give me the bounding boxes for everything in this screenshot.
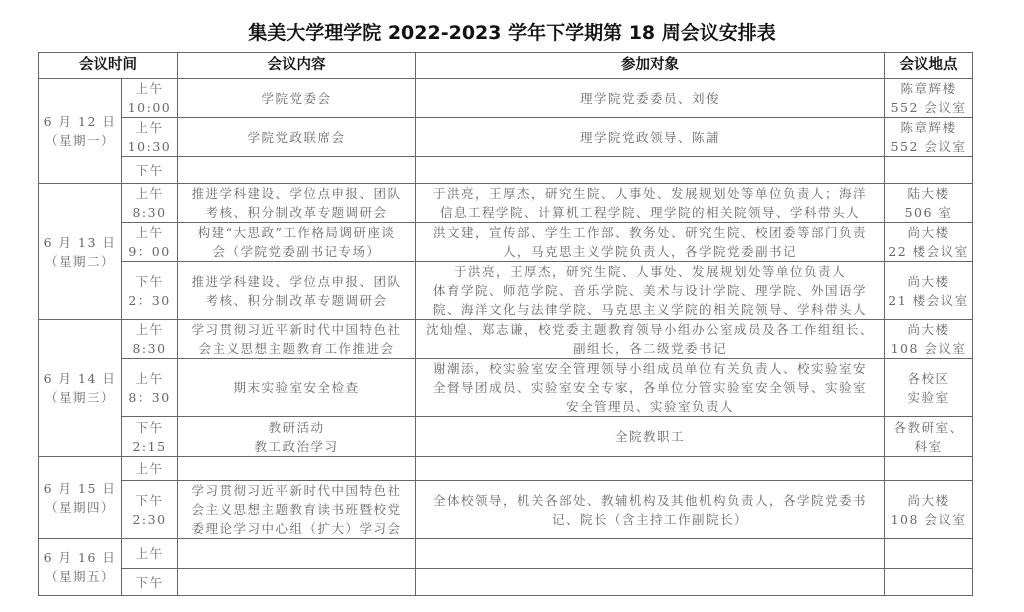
location-line: 22 楼会议室 [888, 242, 969, 261]
period-label: 上午 [125, 184, 174, 203]
schedule-row: 上午9：00构建“大思政”工作格局调研座谈会（学院党委副书记专场）洪文建，宣传部… [39, 223, 973, 262]
time-cell: 上午8：30 [122, 359, 178, 417]
period-label: 上午 [125, 79, 174, 98]
content-cell: 学习贯彻习近平新时代中国特色社会主义思想主题教育工作推进会 [178, 320, 416, 359]
time-label: 2：30 [125, 291, 174, 310]
content-cell [178, 457, 416, 481]
time-label: 9：00 [125, 242, 174, 261]
content-line: 考核、积分制改革专题调研会 [181, 291, 412, 310]
time-cell: 下午 [122, 157, 178, 184]
schedule-row: 下午2:15教研活动教工政治学习全院教职工各教研室、科室 [39, 417, 973, 457]
content-cell: 学院党委会 [178, 79, 416, 118]
weekday-label: （星期五） [42, 567, 118, 586]
attendees-cell: 沈灿煌、郑志谦，校党委主题教育领导小组办公室成员及各工作组组长、副组长，各二级党… [416, 320, 885, 359]
location-cell: 尚大楼108 会议室 [885, 481, 973, 539]
location-line: 科室 [888, 437, 969, 456]
time-cell: 上午8:30 [122, 320, 178, 359]
period-label: 上午 [125, 118, 174, 137]
content-line: 会主义思想主题教育工作推进会 [181, 339, 412, 358]
weekday-label: （星期三） [42, 388, 118, 407]
schedule-row: 6 月 14 日（星期三）上午8:30学习贯彻习近平新时代中国特色社会主义思想主… [39, 320, 973, 359]
attendees-line: 全体校领导，机关各部处、教辅机构及其他机构负责人，各学院党委书 [419, 491, 881, 510]
location-cell: 各校区实验室 [885, 359, 973, 417]
attendees-line: 人，马克思主义学院负责人，各学院党委副书记 [419, 242, 881, 261]
attendees-cell [416, 157, 885, 184]
attendees-line: 全督导团成员、实验室安全专家，各单位分管实验室安全领导、实验室 [419, 378, 881, 397]
time-cell: 上午10:00 [122, 79, 178, 118]
content-line: 考核、积分制改革专题调研会 [181, 203, 412, 222]
location-cell: 尚大楼108 会议室 [885, 320, 973, 359]
period-label: 上午 [125, 320, 174, 339]
location-cell [885, 157, 973, 184]
content-line: 推进学科建设、学位点申报、团队 [181, 272, 412, 291]
schedule-row: 6 月 15 日（星期四）上午 [39, 457, 973, 481]
content-line: 构建“大思政”工作格局调研座谈 [181, 223, 412, 242]
location-line: 尚大楼 [888, 223, 969, 242]
time-cell: 下午 [122, 569, 178, 596]
header-attendees: 参加对象 [416, 53, 885, 79]
attendees-cell: 于洪亮，王厚杰，研究生院、人事处、发展规划处等单位负责人；海洋信息工程学院、计算… [416, 184, 885, 223]
location-line: 尚大楼 [888, 491, 969, 510]
date-label: 6 月 15 日 [42, 479, 118, 498]
time-cell: 上午 [122, 457, 178, 481]
time-label: 8:30 [125, 203, 174, 222]
content-line: 学院党委会 [181, 89, 412, 108]
date-label: 6 月 14 日 [42, 369, 118, 388]
schedule-row: 6 月 16 日（星期五）上午 [39, 539, 973, 569]
time-cell: 上午10:30 [122, 118, 178, 157]
period-label: 上午 [125, 223, 174, 242]
date-cell: 6 月 14 日（星期三） [39, 320, 122, 457]
period-label: 上午 [125, 544, 174, 563]
time-cell: 上午9：00 [122, 223, 178, 262]
attendees-line: 全院教职工 [419, 427, 881, 446]
location-line: 各校区 [888, 369, 969, 388]
content-cell [178, 157, 416, 184]
location-line: 506 室 [888, 203, 969, 222]
attendees-line: 记、院长（含主持工作副院长） [419, 510, 881, 529]
attendees-line: 于洪亮，王厚杰，研究生院、人事处、发展规划处等单位负责人 [419, 262, 881, 281]
location-cell [885, 457, 973, 481]
page-title: 集美大学理学院 2022-2023 学年下学期第 18 周会议安排表 [0, 18, 1024, 45]
time-cell: 上午 [122, 539, 178, 569]
schedule-row: 下午 [39, 157, 973, 184]
attendees-cell: 全院教职工 [416, 417, 885, 457]
content-cell: 学院党政联席会 [178, 118, 416, 157]
period-label: 下午 [125, 272, 174, 291]
attendees-line: 洪文建，宣传部、学生工作部、教务处、研究生院、校团委等部门负责 [419, 223, 881, 242]
time-label: 2:30 [125, 510, 174, 529]
schedule-row: 下午2：30推进学科建设、学位点申报、团队考核、积分制改革专题调研会于洪亮，王厚… [39, 262, 973, 320]
header-time: 会议时间 [39, 53, 178, 79]
attendees-line: 安全管理员、实验室负责人 [419, 397, 881, 416]
location-line: 552 会议室 [888, 137, 969, 156]
content-cell: 构建“大思政”工作格局调研座谈会（学院党委副书记专场） [178, 223, 416, 262]
attendees-cell: 全体校领导，机关各部处、教辅机构及其他机构负责人，各学院党委书记、院长（含主持工… [416, 481, 885, 539]
location-line: 陈章辉楼 [888, 79, 969, 98]
attendees-cell [416, 457, 885, 481]
date-label: 6 月 16 日 [42, 548, 118, 567]
location-line: 各教研室、 [888, 418, 969, 437]
time-label: 10:00 [125, 98, 174, 117]
content-cell: 教研活动教工政治学习 [178, 417, 416, 457]
period-label: 上午 [125, 459, 174, 478]
header-row: 会议时间 会议内容 参加对象 会议地点 [39, 53, 973, 79]
schedule-row: 6 月 12 日（星期一）上午10:00学院党委会理学院党委委员、刘俊陈章辉楼5… [39, 79, 973, 118]
attendees-cell: 理学院党委委员、刘俊 [416, 79, 885, 118]
location-cell: 陈章辉楼552 会议室 [885, 118, 973, 157]
period-label: 下午 [125, 491, 174, 510]
location-cell: 陈章辉楼552 会议室 [885, 79, 973, 118]
time-cell: 上午8:30 [122, 184, 178, 223]
period-label: 上午 [125, 369, 174, 388]
weekday-label: （星期四） [42, 498, 118, 517]
time-cell: 下午2：30 [122, 262, 178, 320]
location-cell [885, 569, 973, 596]
content-line: 学院党政联席会 [181, 128, 412, 147]
time-label: 8：30 [125, 388, 174, 407]
attendees-cell: 洪文建，宣传部、学生工作部、教务处、研究生院、校团委等部门负责人，马克思主义学院… [416, 223, 885, 262]
date-cell: 6 月 12 日（星期一） [39, 79, 122, 184]
attendees-line: 沈灿煌、郑志谦，校党委主题教育领导小组办公室成员及各工作组组长、 [419, 320, 881, 339]
location-line: 陈章辉楼 [888, 118, 969, 137]
location-cell: 陆大楼506 室 [885, 184, 973, 223]
period-label: 下午 [125, 573, 174, 592]
location-cell: 尚大楼21 楼会议室 [885, 262, 973, 320]
attendees-cell: 于洪亮，王厚杰，研究生院、人事处、发展规划处等单位负责人体育学院、师范学院、音乐… [416, 262, 885, 320]
header-content: 会议内容 [178, 53, 416, 79]
time-label: 8:30 [125, 339, 174, 358]
content-line: 教研活动 [181, 418, 412, 437]
attendees-line: 谢潮添，校实验室安全管理领导小组成员单位有关负责人、校实验室安 [419, 359, 881, 378]
period-label: 下午 [125, 161, 174, 180]
attendees-cell [416, 569, 885, 596]
schedule-row: 上午10:30学院党政联席会理学院党政领导、陈誧陈章辉楼552 会议室 [39, 118, 973, 157]
location-line: 108 会议室 [888, 339, 969, 358]
location-line: 陆大楼 [888, 184, 969, 203]
location-line: 552 会议室 [888, 98, 969, 117]
attendees-line: 副组长，各二级党委书记 [419, 339, 881, 358]
content-line: 教工政治学习 [181, 437, 412, 456]
location-cell [885, 539, 973, 569]
location-line: 108 会议室 [888, 510, 969, 529]
content-cell: 学习贯彻习近平新时代中国特色社会主义思想主题教育读书班暨校党委理论学习中心组（扩… [178, 481, 416, 539]
date-cell: 6 月 13 日（星期二） [39, 184, 122, 320]
attendees-line: 理学院党委委员、刘俊 [419, 89, 881, 108]
date-label: 6 月 13 日 [42, 233, 118, 252]
location-line: 21 楼会议室 [888, 291, 969, 310]
content-cell: 推进学科建设、学位点申报、团队考核、积分制改革专题调研会 [178, 184, 416, 223]
content-cell: 推进学科建设、学位点申报、团队考核、积分制改革专题调研会 [178, 262, 416, 320]
content-line: 期末实验室安全检查 [181, 378, 412, 397]
content-line: 学习贯彻习近平新时代中国特色社 [181, 320, 412, 339]
attendees-cell: 谢潮添，校实验室安全管理领导小组成员单位有关负责人、校实验室安全督导团成员、实验… [416, 359, 885, 417]
meeting-schedule-table: 会议时间 会议内容 参加对象 会议地点 6 月 12 日（星期一）上午10:00… [38, 52, 973, 596]
schedule-row: 6 月 13 日（星期二）上午8:30推进学科建设、学位点申报、团队考核、积分制… [39, 184, 973, 223]
content-cell [178, 539, 416, 569]
period-label: 下午 [125, 418, 174, 437]
schedule-row: 下午 [39, 569, 973, 596]
time-label: 10:30 [125, 137, 174, 156]
weekday-label: （星期一） [42, 131, 118, 150]
attendees-line: 院、海洋文化与法律学院、马克思主义学院的相关院领导、学科带头人 [419, 300, 881, 319]
content-line: 委理论学习中心组（扩大）学习会 [181, 519, 412, 538]
schedule-row: 下午2:30学习贯彻习近平新时代中国特色社会主义思想主题教育读书班暨校党委理论学… [39, 481, 973, 539]
attendees-cell [416, 539, 885, 569]
attendees-line: 信息工程学院、计算机工程学院、理学院的相关院领导、学科带头人 [419, 203, 881, 222]
header-location: 会议地点 [885, 53, 973, 79]
location-line: 尚大楼 [888, 320, 969, 339]
content-cell [178, 569, 416, 596]
time-cell: 下午2:15 [122, 417, 178, 457]
date-label: 6 月 12 日 [42, 112, 118, 131]
time-label: 2:15 [125, 437, 174, 456]
location-line: 实验室 [888, 388, 969, 407]
content-line: 会（学院党委副书记专场） [181, 242, 412, 261]
time-cell: 下午2:30 [122, 481, 178, 539]
location-cell: 各教研室、科室 [885, 417, 973, 457]
date-cell: 6 月 16 日（星期五） [39, 539, 122, 596]
content-line: 学习贯彻习近平新时代中国特色社 [181, 481, 412, 500]
location-line: 尚大楼 [888, 272, 969, 291]
content-cell: 期末实验室安全检查 [178, 359, 416, 417]
attendees-line: 于洪亮，王厚杰，研究生院、人事处、发展规划处等单位负责人；海洋 [419, 184, 881, 203]
content-line: 会主义思想主题教育读书班暨校党 [181, 500, 412, 519]
attendees-cell: 理学院党政领导、陈誧 [416, 118, 885, 157]
weekday-label: （星期二） [42, 252, 118, 271]
schedule-row: 上午8：30期末实验室安全检查谢潮添，校实验室安全管理领导小组成员单位有关负责人… [39, 359, 973, 417]
location-cell: 尚大楼22 楼会议室 [885, 223, 973, 262]
content-line: 推进学科建设、学位点申报、团队 [181, 184, 412, 203]
attendees-line: 理学院党政领导、陈誧 [419, 128, 881, 147]
date-cell: 6 月 15 日（星期四） [39, 457, 122, 539]
attendees-line: 体育学院、师范学院、音乐学院、美术与设计学院、理学院、外国语学 [419, 281, 881, 300]
